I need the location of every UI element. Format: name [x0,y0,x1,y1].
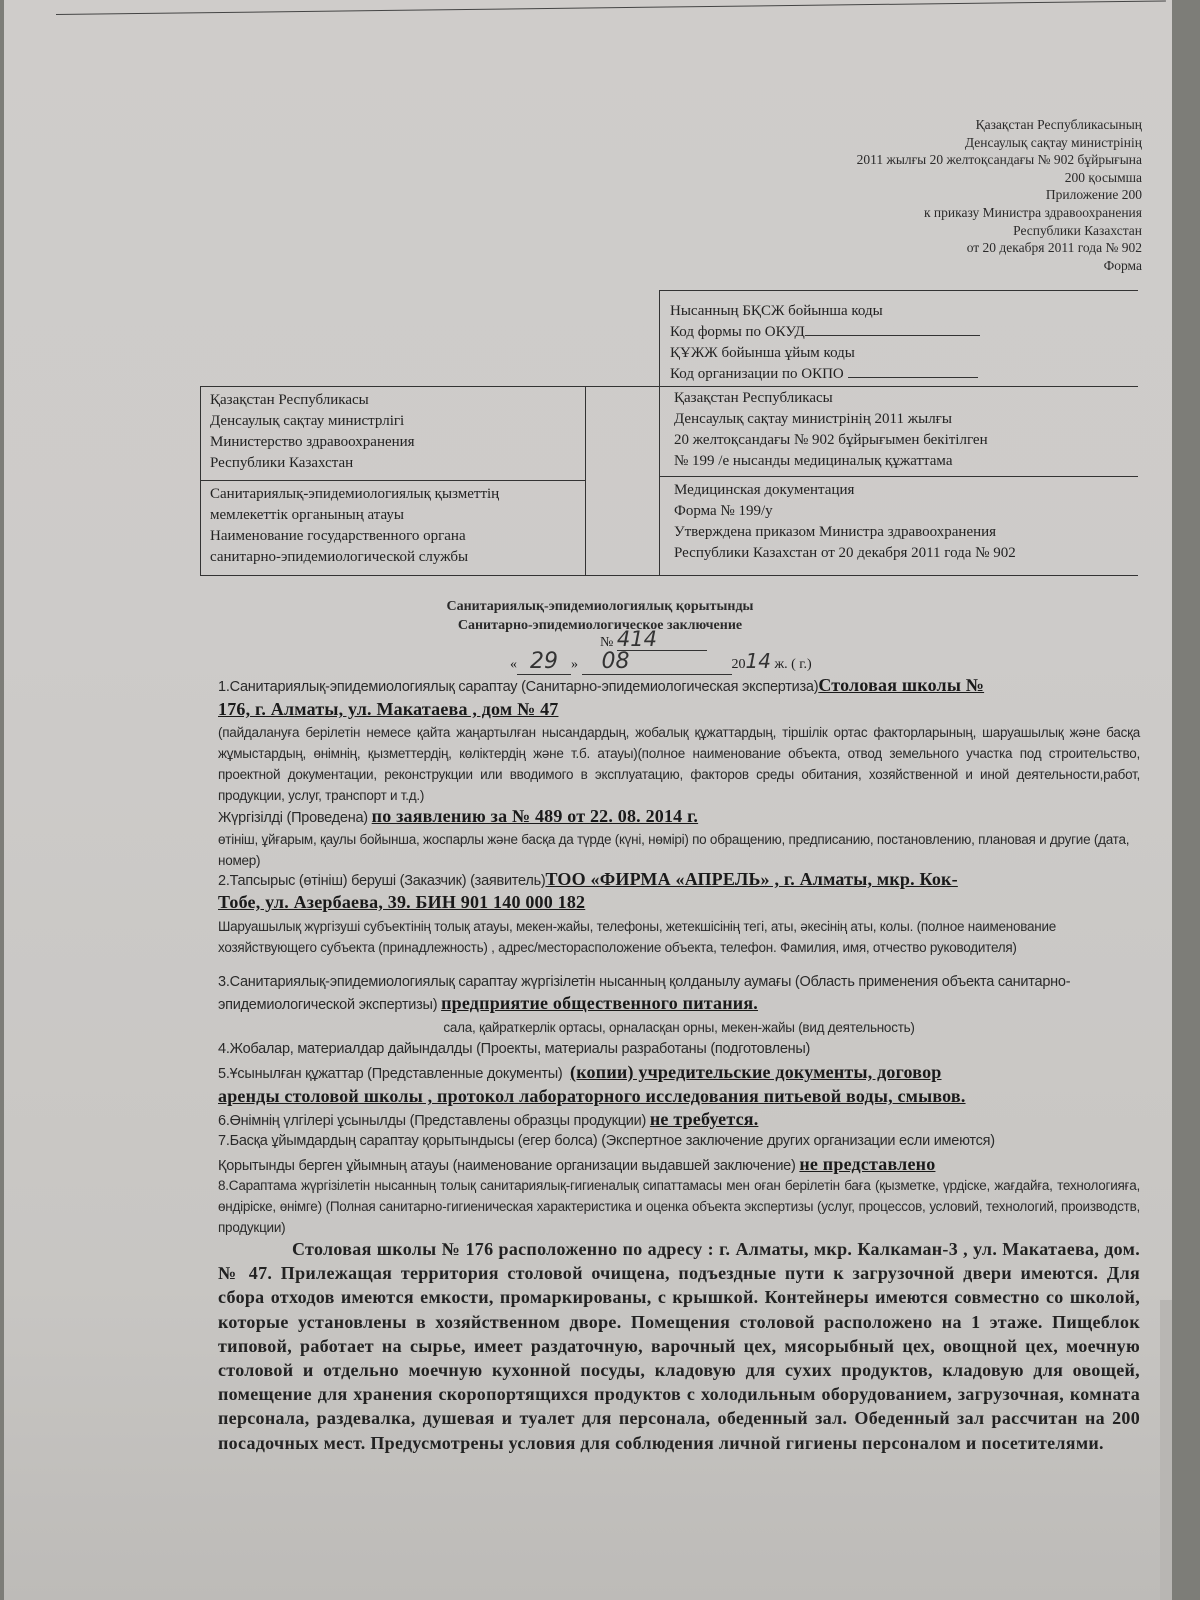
codes-box: Нысанның БҚСЖ бойынша коды Код формы по … [670,301,980,385]
section-5-label: 5.Ұсынылған құжаттар (Представленные док… [218,1066,562,1082]
approval-line: 20 желтоқсандағы № 902 бұйрығымен бекіті… [674,430,988,451]
approval-line: Утверждена приказом Министра здравоохран… [674,522,1016,543]
okpo-code-field [848,377,978,378]
section-1-value-cont: 176, г. Алматы, ул. Макатаева , дом № 47 [218,699,558,719]
ministry-line: Қазақстан Республикасы [210,390,415,411]
table-border [659,290,660,576]
section-8-label: 8.Сараптама жүргізілетін нысанның толық … [218,1175,1140,1238]
section-5: 5.Ұсынылған құжаттар (Представленные док… [218,1062,1140,1085]
section-5-cont: аренды столовой школы , протокол лаборат… [218,1086,1140,1109]
ministry-cell: Қазақстан Республикасы Денсаулық сақтау … [210,390,415,474]
conducted-label: Жүргізілді (Проведена) [218,810,368,826]
section-1: 1.Санитариялық-эпидемиологиялық сараптау… [218,675,1140,698]
table-border [200,386,1138,387]
organ-line: мемлекеттік органының атауы [210,505,499,526]
section-1-label: 1.Санитариялық-эпидемиологиялық сараптау… [218,679,818,695]
date-year-prefix: 20 [732,657,746,672]
appendix-line: Денсаулық сақтау министрінің [857,134,1142,152]
section-7b: Қорытынды берген ұйымның атауы (наименов… [218,1154,1140,1177]
kz-approval-cell: Қазақстан Республикасы Денсаулық сақтау … [674,388,988,472]
approval-line: Қазақстан Республикасы [674,388,988,409]
section-2-cont: Тобе, ул. Азербаева, 39. БИН 901 140 000… [218,892,1140,915]
okpo-code-row: Код организации по ОКПО [670,364,980,385]
section-3: 3.Санитариялық-эпидемиологиялық сараптау… [218,972,1140,1016]
table-border [200,575,1138,576]
section-3-value: предприятие общественного питания. [441,993,758,1013]
conducted-row: Жүргізілді (Проведена) по заявлению за №… [218,806,1140,829]
appendix-line: Республики Казахстан [857,222,1142,240]
section-7b-value: не представлено [799,1154,935,1174]
table-border [660,476,1138,477]
section-7b-label: Қорытынды берген ұйымның атауы (наименов… [218,1158,796,1174]
organ-cell: Санитариялық-эпидемиологиялық қызметтің … [210,484,499,568]
section-2-label: 2.Тапсырыс (өтініш) беруші (Заказчик) (з… [218,873,545,889]
code-label: Нысанның БҚСЖ бойынша коды [670,301,980,322]
table-border [200,386,201,576]
ministry-line: Денсаулық сақтау министрлігі [210,411,415,432]
page-edge-shadow [1160,1300,1172,1600]
table-border [585,386,586,576]
section-5-value-cont: аренды столовой школы , протокол лаборат… [218,1086,966,1106]
table-border [660,290,1138,291]
conducted-hint: өтініш, ұйғарым, қаулы бойынша, жоспарлы… [218,829,1140,871]
okud-code-field [805,335,980,336]
code-label: ҚҰЖЖ бойынша ұйым коды [670,343,980,364]
section-8-body: Столовая школы № 176 расположенно по адр… [218,1237,1140,1455]
okud-code-row: Код формы по ОКУД [670,322,980,343]
date-year-suffix: 14 [746,649,771,673]
section-7: 7.Басқа ұйымдардың сараптау қорытындысы … [218,1131,1140,1152]
approval-line: Форма № 199/у [674,501,1016,522]
approval-line: Республики Казахстан от 20 декабря 2011 … [674,543,1016,564]
organ-line: Санитариялық-эпидемиологиялық қызметтің [210,484,499,505]
approval-line: № 199 /е нысанды медициналық құжаттама [674,451,988,472]
date-month: 08 [582,650,732,675]
approval-line: Медицинская документация [674,480,1016,501]
section-2-value: ТОО «ФИРМА «АПРЕЛЬ» , г. Алматы, мкр. Ко… [545,869,957,889]
appendix-line: 200 қосымша [857,169,1142,187]
section-6-value: не требуется. [650,1109,759,1129]
section-2-value-cont: Тобе, ул. Азербаева, 39. БИН 901 140 000… [218,892,585,912]
ministry-line: Республики Казахстан [210,453,415,474]
appendix-line: Қазақстан Республикасының [857,116,1142,134]
date-day: 29 [517,650,571,675]
section-2-hint: Шаруашылық жүргізуші субъектінің толық а… [218,916,1140,958]
appendix-line: к приказу Министра здравоохранения [857,204,1142,222]
conducted-value: по заявлению за № 489 от 22. 08. 2014 г. [372,806,698,826]
section-6: 6.Өнімнің үлгілері ұсынылды (Представлен… [218,1109,1140,1132]
appendix-line: от 20 декабря 2011 года № 902 [857,239,1142,257]
organ-line: санитарно-эпидемиологической службы [210,547,499,568]
section-1-hint: (пайдалануға берілетін немесе қайта жаңа… [218,722,1140,806]
section-2: 2.Тапсырыс (өтініш) беруші (Заказчик) (з… [218,869,1140,892]
appendix-line: 2011 жылғы 20 желтоқсандағы № 902 бұйрығ… [857,151,1142,169]
section-1-cont: 176, г. Алматы, ул. Макатаева , дом № 47 [218,699,1140,722]
appendix-line: Форма [857,257,1142,275]
date-row: «29» 082014 ж. ( г.) [510,648,812,678]
section-1-value: Столовая школы № [818,675,984,695]
section-4: 4.Жобалар, материалдар дайындалды (Проек… [218,1039,1140,1060]
organ-line: Наименование государственного органа [210,526,499,547]
title-kz: Санитариялық-эпидемиологиялық қорытынды [0,597,1200,616]
ministry-line: Министерство здравоохранения [210,432,415,453]
section-6-label: 6.Өнімнің үлгілері ұсынылды (Представлен… [218,1113,646,1129]
appendix-header: Қазақстан Республикасының Денсаулық сақт… [857,116,1142,274]
section-3-hint: сала, қайраткерлік ортасы, орналасқан ор… [218,1017,1140,1038]
approval-line: Денсаулық сақтау министрінің 2011 жылғы [674,409,988,430]
table-border [200,480,585,481]
date-year-label: ж. ( г.) [774,657,811,672]
appendix-line: Приложение 200 [857,186,1142,204]
ru-approval-cell: Медицинская документация Форма № 199/у У… [674,480,1016,564]
section-5-value: (копии) учредительские документы, догово… [570,1062,942,1082]
